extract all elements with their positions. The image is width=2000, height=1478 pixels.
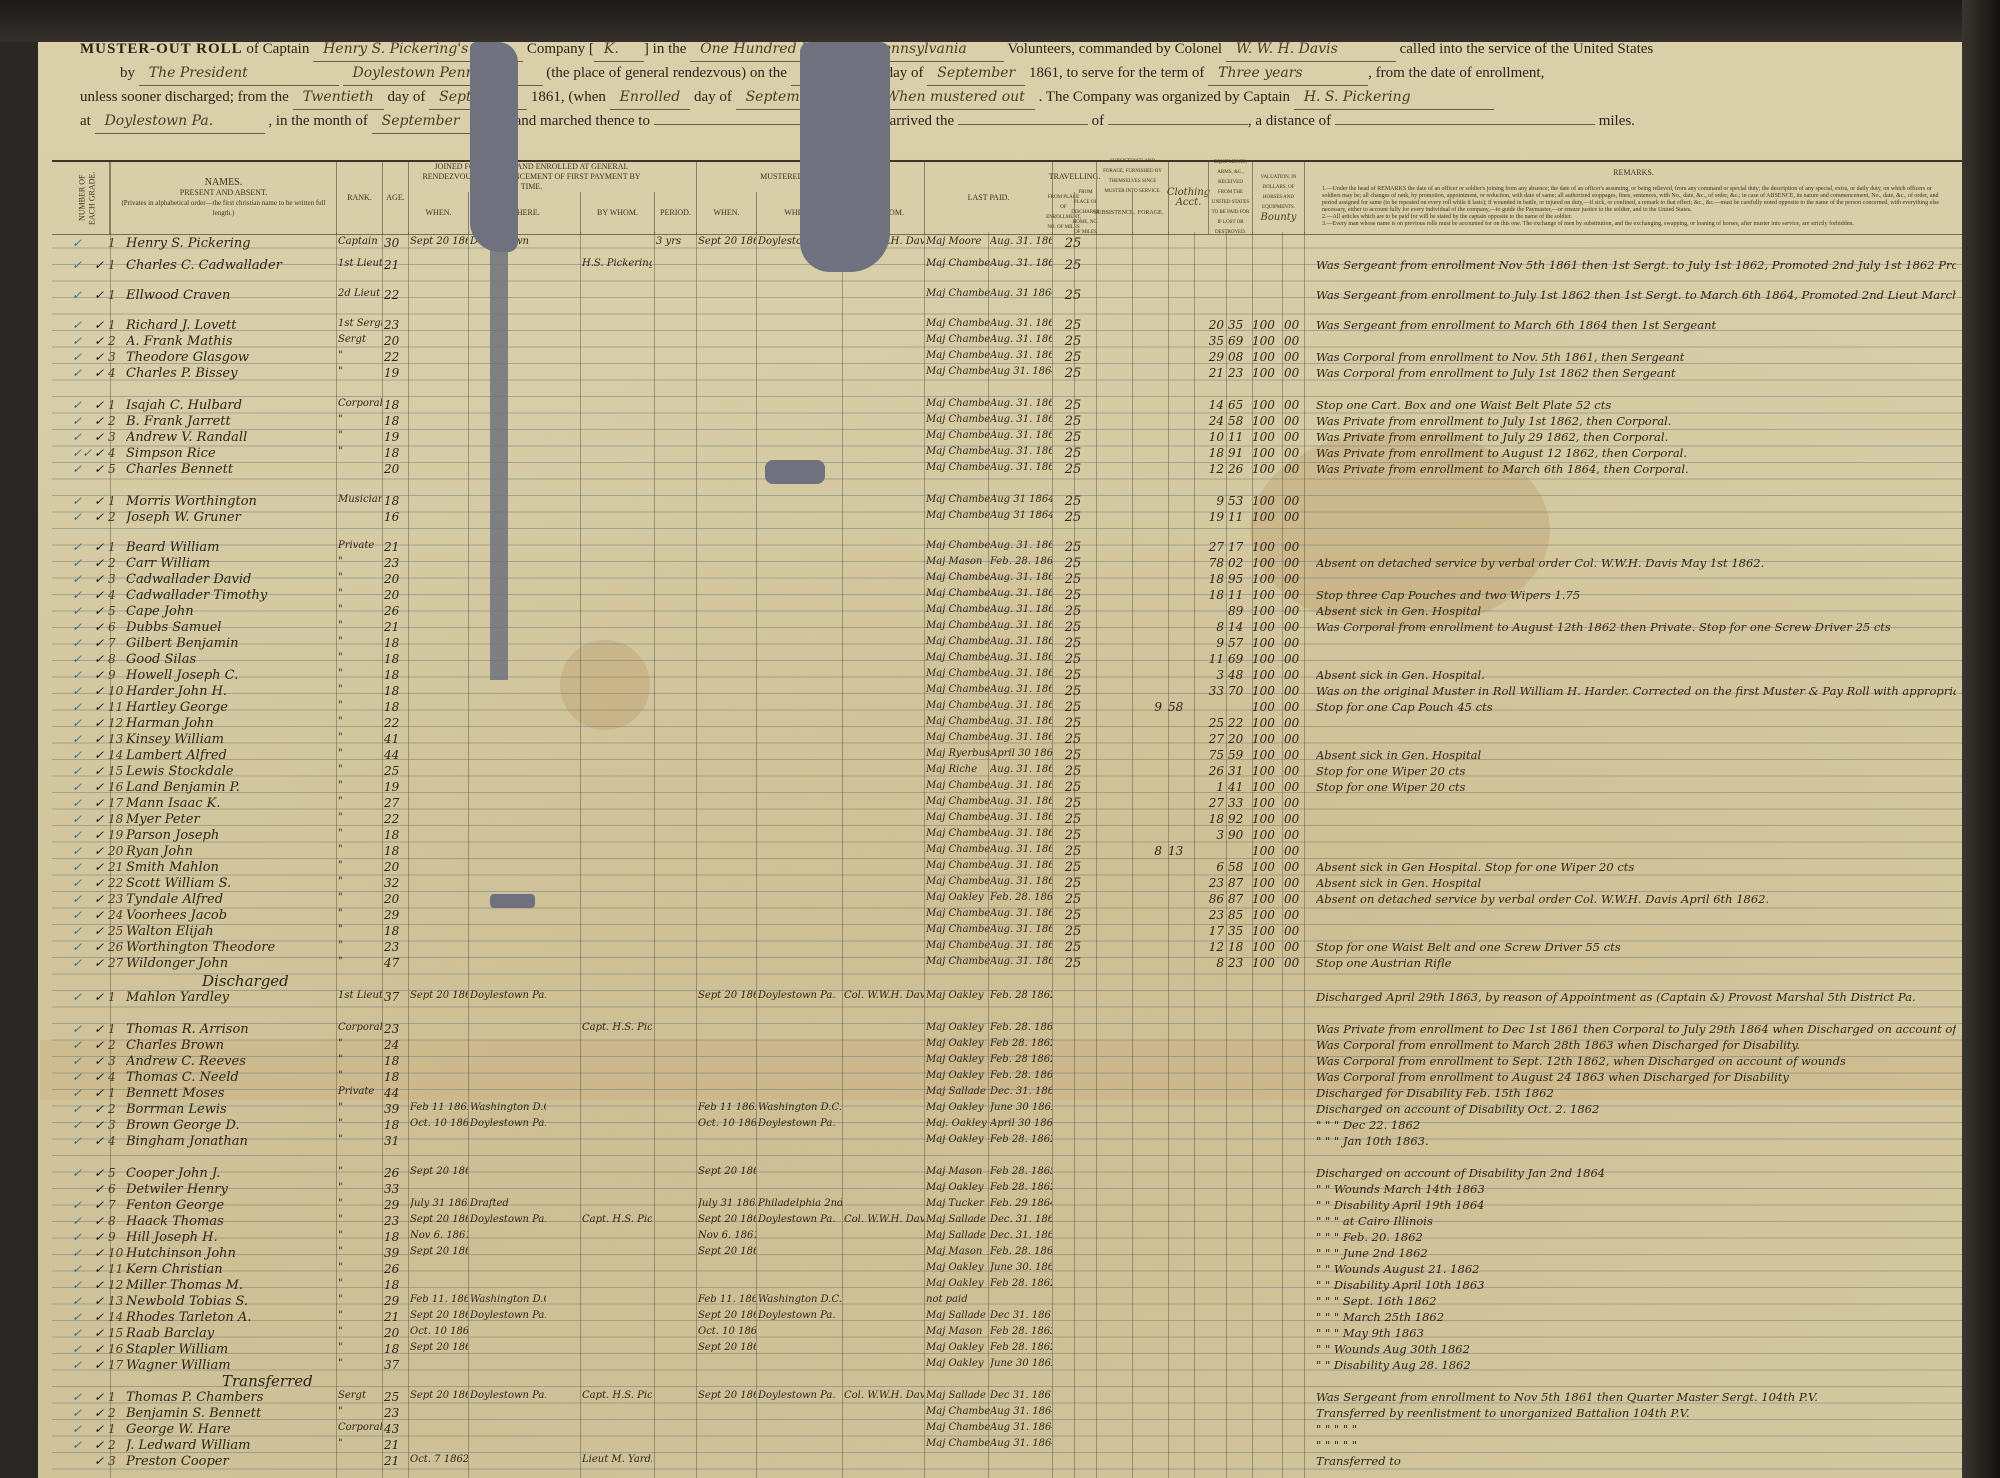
grade-number: 3 xyxy=(108,1054,124,1068)
grade-number: 9 xyxy=(108,668,124,682)
second-check-mark: ✓ xyxy=(94,924,108,938)
mustered-when: Sept 20 1861 xyxy=(698,1246,756,1257)
last-paid-by: Maj Oakley xyxy=(926,1342,990,1353)
last-paid-by: Maj Chamberlain xyxy=(926,258,990,269)
rank: " xyxy=(338,924,382,935)
second-check-mark: ✓ xyxy=(94,1310,108,1324)
age: 18 xyxy=(384,1230,406,1244)
names-subheading: Present and absent. xyxy=(180,188,268,198)
clothing-cents: 41 xyxy=(1228,780,1248,794)
clothing-dollars: 6 xyxy=(1200,860,1224,874)
joined-when: Sept 20 1861 xyxy=(410,990,468,1001)
term-field: Three years xyxy=(1208,62,1368,86)
remarks: " " Wounds Aug 30th 1862 xyxy=(1316,1342,1956,1356)
second-check-mark: ✓ xyxy=(94,1278,108,1292)
age: 31 xyxy=(384,1134,406,1148)
verified-check-mark: ✓ xyxy=(72,796,94,810)
last-paid-date: Aug 31 1864 xyxy=(990,510,1052,521)
mustered-where: Doylestown Pa. xyxy=(758,990,842,1001)
second-check-mark: ✓ xyxy=(94,1406,108,1420)
remarks: Stop for one Cap Pouch 45 cts xyxy=(1316,700,1956,714)
last-paid-by: Maj Chamberlain xyxy=(926,604,990,615)
rank: " xyxy=(338,620,382,631)
clothing-cents: 18 xyxy=(1228,940,1248,954)
table-row: ✓✓2Benjamin S. Bennett"23Maj Chamberlain… xyxy=(52,1406,1962,1422)
bounty-dollars: 100 xyxy=(1252,764,1282,778)
grade-number: 23 xyxy=(108,892,124,906)
travel-miles: 25 xyxy=(1056,572,1090,587)
verified-check-mark: ✓ xyxy=(72,908,94,922)
age: 22 xyxy=(384,350,406,364)
age: 20 xyxy=(384,1326,406,1340)
table-row: ✓✓2Carr William"23Maj MasonFeb. 28. 1863… xyxy=(52,556,1962,572)
clothing-dollars: 10 xyxy=(1200,430,1224,444)
mustered-out-field: When mustered out xyxy=(875,86,1035,110)
rank: Private xyxy=(338,540,382,551)
last-paid-by: Maj Oakley xyxy=(926,1102,990,1113)
bounty-dollars: 100 xyxy=(1252,796,1282,810)
last-paid-date: Aug. 31. 1864 xyxy=(990,940,1052,951)
clothing-dollars: 27 xyxy=(1200,540,1224,554)
clothing-dollars: 9 xyxy=(1200,636,1224,650)
verified-check-mark: ✓ xyxy=(72,1134,94,1148)
subsistence-cents: 13 xyxy=(1168,844,1188,858)
bounty-cents: 00 xyxy=(1284,588,1300,602)
soldier-name: A. Frank Mathis xyxy=(126,334,336,349)
rank: " xyxy=(338,1230,382,1241)
last-paid-date: Feb 28. 1862 xyxy=(990,1182,1052,1193)
age: 25 xyxy=(384,764,406,778)
clothing-dollars: 86 xyxy=(1200,892,1224,906)
bounty-cents: 00 xyxy=(1284,764,1300,778)
bounty-dollars: 100 xyxy=(1252,350,1282,364)
travel-miles: 25 xyxy=(1056,366,1090,381)
remarks: Was Private from enrollment to August 12… xyxy=(1316,446,1956,460)
grade-number: 1 xyxy=(108,398,124,412)
last-paid-by: Maj Oakley xyxy=(926,1070,990,1081)
table-row: ✓✓2Charles Brown"24Maj OakleyFeb 28. 186… xyxy=(52,1038,1962,1054)
age: 41 xyxy=(384,732,406,746)
remarks: Absent sick in Gen. Hospital xyxy=(1316,876,1956,890)
last-paid-by: Maj Chamberlain xyxy=(926,956,990,967)
travel-miles: 25 xyxy=(1056,430,1090,445)
mustered-when: Sept 20 1861 xyxy=(698,236,756,247)
age: 21 xyxy=(384,1310,406,1324)
soldier-name: Lewis Stockdale xyxy=(126,764,336,779)
instruction-2: 2.—All articles which are to be paid for… xyxy=(1322,214,1942,221)
table-row: ✓✓10Hutchinson John"39Sept 20 1861Sept 2… xyxy=(52,1246,1962,1262)
soldier-name: Rhodes Tarleton A. xyxy=(126,1310,336,1325)
last-paid-date: Feb. 28 1862 xyxy=(990,990,1052,1001)
age: 37 xyxy=(384,990,406,1004)
soldier-name: Hutchinson John xyxy=(126,1246,336,1261)
second-check-mark: ✓ xyxy=(94,1262,108,1276)
clothing-cents: 33 xyxy=(1228,796,1248,810)
soldier-name: Borrman Lewis xyxy=(126,1102,336,1117)
rank: " xyxy=(338,844,382,855)
grade-number: 1 xyxy=(108,288,124,302)
last-paid-by: Maj Sallade xyxy=(926,1086,990,1097)
soldier-name: Cape John xyxy=(126,604,336,619)
last-paid-date: Aug. 31. 1864 xyxy=(990,446,1052,457)
second-check-mark: ✓ xyxy=(94,700,108,714)
clothing-dollars: 17 xyxy=(1200,924,1224,938)
verified-check-mark: ✓ xyxy=(72,620,94,634)
table-row: ✓✓20Ryan John"18Maj ChamberlainAug. 31. … xyxy=(52,844,1962,860)
second-check-mark: ✓ xyxy=(94,620,108,634)
age: 26 xyxy=(384,604,406,618)
frame-top-edge xyxy=(0,0,2000,42)
joined-by-whom: Capt. H.S. Pickering xyxy=(582,1214,652,1225)
remarks: Was Sergeant from enrollment to July 1st… xyxy=(1316,288,1956,302)
remarks: Stop three Cap Pouches and two Wipers 1.… xyxy=(1316,588,1956,602)
grade-number: 16 xyxy=(108,780,124,794)
last-paid-by: Maj Riche xyxy=(926,764,990,775)
soldier-name: Joseph W. Gruner xyxy=(126,510,336,525)
rank: " xyxy=(338,1198,382,1209)
bounty-label: Bounty xyxy=(1261,213,1297,223)
table-row: ✓✓2Joseph W. Gruner16Maj ChamberlainAug … xyxy=(52,510,1962,526)
rank: " xyxy=(338,668,382,679)
second-check-mark: ✓ xyxy=(94,780,108,794)
soldier-name: Newbold Tobias S. xyxy=(126,1294,336,1309)
verified-check-mark: ✓ xyxy=(72,1406,94,1420)
verified-check-mark: ✓ xyxy=(72,556,94,570)
verified-check-mark: ✓ xyxy=(72,540,94,554)
grade-number: 2 xyxy=(108,414,124,428)
age: 21 xyxy=(384,1438,406,1452)
table-row: ✓✓15Lewis Stockdale"25Maj RicheAug. 31. … xyxy=(52,764,1962,780)
travel-miles: 25 xyxy=(1056,812,1090,827)
table-row: ✓✓1Thomas P. ChambersSergt25Sept 20 1861… xyxy=(52,1390,1962,1406)
table-row: ✓✓11Kern Christian"26Maj OakleyJune 30. … xyxy=(52,1262,1962,1278)
age: 20 xyxy=(384,334,406,348)
names-heading: Names. xyxy=(205,178,243,188)
verified-check-mark: ✓ xyxy=(72,1166,94,1180)
last-paid-date: Aug. 31. 1864 xyxy=(990,732,1052,743)
soldier-name: Charles P. Bissey xyxy=(126,366,336,381)
last-paid-date: Aug 31. 1864 xyxy=(990,366,1052,377)
travel-miles: 25 xyxy=(1056,748,1090,763)
last-paid-date: Aug. 31. 1864 xyxy=(990,668,1052,679)
clothing-dollars: 11 xyxy=(1200,652,1224,666)
organizer-field: H. S. Pickering xyxy=(1294,86,1494,110)
second-check-mark: ✓ xyxy=(94,1438,108,1452)
second-check-mark: ✓ xyxy=(94,1022,108,1036)
travel-miles: 25 xyxy=(1056,828,1090,843)
clothing-cents: 87 xyxy=(1228,876,1248,890)
last-paid-date: Feb 28. 1862 xyxy=(990,1278,1052,1289)
joined-where: Drafted xyxy=(470,1198,546,1209)
rank: " xyxy=(338,780,382,791)
last-paid-by: Maj Mason xyxy=(926,556,990,567)
verified-check-mark: ✓ xyxy=(72,1214,94,1228)
grade-number: 2 xyxy=(108,1406,124,1420)
table-row: ✓✓4Cadwallader Timothy"20Maj Chamberlain… xyxy=(52,588,1962,604)
rank: " xyxy=(338,1358,382,1369)
grade-number: 10 xyxy=(108,684,124,698)
last-paid-by: Maj Sallade xyxy=(926,1390,990,1401)
grade-number: 1 xyxy=(108,1022,124,1036)
rank: " xyxy=(338,636,382,647)
soldier-name: Fenton George xyxy=(126,1198,336,1213)
grade-number: 1 xyxy=(108,258,124,272)
last-paid-date: Aug. 31. 1863 xyxy=(990,764,1052,775)
soldier-name: Voorhees Jacob xyxy=(126,908,336,923)
col-period-header: Period. xyxy=(654,192,696,234)
rank: " xyxy=(338,1070,382,1081)
age: 18 xyxy=(384,684,406,698)
last-paid-date: Aug. 31. 1864 xyxy=(990,398,1052,409)
grade-number: 19 xyxy=(108,828,124,842)
bounty-dollars: 100 xyxy=(1252,828,1282,842)
remarks: Absent on detached service by verbal ord… xyxy=(1316,892,1956,906)
grade-number: 25 xyxy=(108,924,124,938)
table-row: ✓✓2Borrman Lewis"39Feb 11 1862Washington… xyxy=(52,1102,1962,1118)
second-check-mark: ✓ xyxy=(94,462,108,476)
grade-number: 7 xyxy=(108,1198,124,1212)
grade-number: 2 xyxy=(108,1038,124,1052)
last-paid-date: Aug. 31. 1864 xyxy=(990,258,1052,269)
last-paid-by: Maj Sallade xyxy=(926,1214,990,1225)
last-paid-date: Feb. 28. 1863 xyxy=(990,556,1052,567)
rank: " xyxy=(338,1182,382,1193)
clothing-cents: 90 xyxy=(1228,828,1248,842)
age: 43 xyxy=(384,1422,406,1436)
soldier-name: Brown George D. xyxy=(126,1118,336,1133)
last-paid-date: June 30. 1862 xyxy=(990,1262,1052,1273)
travel-miles: 25 xyxy=(1056,510,1090,525)
clothing-cents: 53 xyxy=(1228,494,1248,508)
remarks-instructions: 1.—Under the head of REMARKS the date of… xyxy=(1322,186,1942,228)
clothing-cents: 23 xyxy=(1228,956,1248,970)
col-names-header: Names. Present and absent. (Privates in … xyxy=(110,162,336,234)
last-paid-date: Aug 31. 1864 xyxy=(990,1438,1052,1449)
grade-number: 15 xyxy=(108,764,124,778)
age: 22 xyxy=(384,716,406,730)
last-paid-date: Aug 31 1864 xyxy=(990,494,1052,505)
soldier-name: Preston Cooper xyxy=(126,1454,336,1469)
grade-number: 1 xyxy=(108,1086,124,1100)
age: 21 xyxy=(384,540,406,554)
table-row: ✓✓7Gilbert Benjamin"18Maj ChamberlainAug… xyxy=(52,636,1962,652)
bounty-cents: 00 xyxy=(1284,636,1300,650)
table-row: ✓✓6Dubbs Samuel"21Maj ChamberlainAug. 31… xyxy=(52,620,1962,636)
age: 29 xyxy=(384,1198,406,1212)
bounty-cents: 00 xyxy=(1284,940,1300,954)
arrived-day-field xyxy=(958,124,1088,125)
last-paid-date: Aug. 31. 1864 xyxy=(990,350,1052,361)
last-paid-date: April 30 1862 xyxy=(990,1118,1052,1129)
last-paid-by: Maj Chamberlain xyxy=(926,318,990,329)
clothing-dollars: 23 xyxy=(1200,876,1224,890)
col-last-paid-header: Last paid. xyxy=(924,162,1052,234)
last-paid-by: Maj Chamberlain xyxy=(926,796,990,807)
joined-where: Doylestown Pa. xyxy=(470,1390,546,1401)
clothing-cents: 70 xyxy=(1228,684,1248,698)
grade-number: 4 xyxy=(108,1134,124,1148)
last-paid-by: not paid xyxy=(926,1294,990,1305)
soldier-name: Hill Joseph H. xyxy=(126,1230,336,1245)
mustered-where: Doylestown Pa. xyxy=(758,1310,842,1321)
mustered-by-whom: Col. W.W.H. Davis xyxy=(844,990,924,1001)
travel-miles: 25 xyxy=(1056,700,1090,715)
verified-check-mark: ✓ xyxy=(72,1102,94,1116)
rank: " xyxy=(338,956,382,967)
joined-where: Washington D.C. xyxy=(470,1294,546,1305)
second-check-mark: ✓ xyxy=(94,318,108,332)
mustered-where: Philadelphia 2nd D. Pa. xyxy=(758,1198,842,1209)
second-check-mark: ✓ xyxy=(94,1134,108,1148)
verified-check-mark: ✓ xyxy=(72,588,94,602)
last-paid-by: Maj Ryerbush xyxy=(926,748,990,759)
col-joined-by-header: By whom. xyxy=(580,192,654,234)
mustered-when: Sept 20 1861 xyxy=(698,1310,756,1321)
bounty-cents: 00 xyxy=(1284,366,1300,380)
discharged-section-label: Discharged xyxy=(202,972,289,990)
age: 18 xyxy=(384,1070,406,1084)
bounty-cents: 00 xyxy=(1284,572,1300,586)
label: called into the service of the United St… xyxy=(1400,41,1654,57)
rank: " xyxy=(338,764,382,775)
clothing-dollars: 18 xyxy=(1200,572,1224,586)
clothing-cents: 11 xyxy=(1228,588,1248,602)
organized-month-field: September xyxy=(372,110,470,134)
soldier-name: Richard J. Lovett xyxy=(126,318,336,333)
rank: Corporal xyxy=(338,398,382,409)
last-paid-date: Aug. 31. 1864 xyxy=(990,812,1052,823)
soldier-name: Wagner William xyxy=(126,1358,336,1373)
soldier-name: Howell Joseph C. xyxy=(126,668,336,683)
remarks: " " " March 25th 1862 xyxy=(1316,1310,1956,1324)
table-row: ✓✓5Cape John"26Maj ChamberlainAug. 31. 1… xyxy=(52,604,1962,620)
joined-where: Washington D.C. xyxy=(470,1102,546,1113)
label: Volunteers, commanded by Colonel xyxy=(1007,41,1222,57)
age: 20 xyxy=(384,860,406,874)
col-valuation-header: Valuation, in dollars, of horses and equ… xyxy=(1252,162,1304,234)
soldier-name: Mann Isaac K. xyxy=(126,796,336,811)
soldier-name: Theodore Glasgow xyxy=(126,350,336,365)
clothing-cents: 69 xyxy=(1228,652,1248,666)
verified-check-mark: ✓ xyxy=(72,1342,94,1356)
last-paid-date: Aug. 31. 1864 xyxy=(990,318,1052,329)
travel-miles: 25 xyxy=(1056,334,1090,349)
rank: " xyxy=(338,1246,382,1257)
bounty-cents: 00 xyxy=(1284,494,1300,508)
last-paid-date: Dec. 31. 1861 xyxy=(990,1086,1052,1097)
joined-when: Sept 20 1861 xyxy=(410,1214,468,1225)
verified-check-mark: ✓ xyxy=(72,258,94,272)
rank: " xyxy=(338,684,382,695)
rank: " xyxy=(338,1054,382,1065)
age: 23 xyxy=(384,1214,406,1228)
table-row: ✓✓1George W. HareCorporal43Maj Chamberla… xyxy=(52,1422,1962,1438)
rank: Musician xyxy=(338,494,382,505)
last-paid-by: Maj Chamberlain xyxy=(926,1406,990,1417)
age: 26 xyxy=(384,1166,406,1180)
last-paid-by: Maj Chamberlain xyxy=(926,812,990,823)
table-row: ✓✓1Mahlon Yardley1st Lieut37Sept 20 1861… xyxy=(52,990,1962,1006)
clothing-cents: 58 xyxy=(1228,414,1248,428)
last-paid-by: Maj Chamberlain xyxy=(926,398,990,409)
clothing-cents: 59 xyxy=(1228,748,1248,762)
verified-check-mark: ✓ xyxy=(72,236,94,250)
last-paid-by: Maj Mason xyxy=(926,1166,990,1177)
table-row: ✓✓5Charles Bennett20Maj ChamberlainAug. … xyxy=(52,462,1962,478)
verified-check-mark: ✓ xyxy=(72,1326,94,1340)
grade-number: 11 xyxy=(108,1262,124,1276)
when-field: Enrolled xyxy=(610,86,691,110)
clothing-dollars: 35 xyxy=(1200,334,1224,348)
soldier-name: Wildonger John xyxy=(126,956,336,971)
label: , to serve for the term of xyxy=(1059,65,1204,81)
soldier-name: Kinsey William xyxy=(126,732,336,747)
verified-check-mark: ✓ xyxy=(72,1022,94,1036)
last-paid-date: Aug 31. 1864 xyxy=(990,1422,1052,1433)
bounty-dollars: 100 xyxy=(1252,876,1282,890)
label: , and marched thence to xyxy=(507,113,650,129)
last-paid-by: Maj Chamberlain xyxy=(926,700,990,711)
bounty-dollars: 100 xyxy=(1252,446,1282,460)
grade-number: 5 xyxy=(108,462,124,476)
table-row: ✓✓14Rhodes Tarleton A."21Sept 20 1861Doy… xyxy=(52,1310,1962,1326)
second-check-mark: ✓ xyxy=(94,860,108,874)
age: 26 xyxy=(384,1262,406,1276)
table-row: ✓✓3Andrew V. Randall"19Maj ChamberlainAu… xyxy=(52,430,1962,446)
table-row: ✓✓13Newbold Tobias S."29Feb 11. 1862Wash… xyxy=(52,1294,1962,1310)
bounty-dollars: 100 xyxy=(1252,510,1282,524)
bounty-cents: 00 xyxy=(1284,796,1300,810)
last-paid-date: Aug. 31. 1864 xyxy=(990,414,1052,425)
verified-check-mark: ✓ xyxy=(72,892,94,906)
last-paid-date: Aug. 31. 1864 xyxy=(990,684,1052,695)
soldier-name: George W. Hare xyxy=(126,1422,336,1437)
rank: 1st Lieut xyxy=(338,258,382,269)
soldier-name: Dubbs Samuel xyxy=(126,620,336,635)
travel-miles: 25 xyxy=(1056,684,1090,699)
soldier-name: Cadwallader Timothy xyxy=(126,588,336,603)
table-row: ✓✓1Charles C. Cadwallader1st Lieut21H.S.… xyxy=(52,258,1962,274)
grade-number: 11 xyxy=(108,700,124,714)
grade-number: 1 xyxy=(108,494,124,508)
table-row: ✓✓21Smith Mahlon"20Maj ChamberlainAug. 3… xyxy=(52,860,1962,876)
remarks: Was Corporal from enrollment to Nov. 5th… xyxy=(1316,350,1956,364)
joined-by-whom: Capt. H.S. Pickering xyxy=(582,1022,652,1033)
remarks: " " " Jan 10th 1863. xyxy=(1316,1134,1956,1148)
bounty-dollars: 100 xyxy=(1252,956,1282,970)
bounty-dollars: 100 xyxy=(1252,572,1282,586)
soldier-name: Isajah C. Hulbard xyxy=(126,398,336,413)
grade-number: 13 xyxy=(108,1294,124,1308)
verified-check-mark: ✓ xyxy=(72,716,94,730)
bounty-cents: 00 xyxy=(1284,620,1300,634)
grade-number: 16 xyxy=(108,1342,124,1356)
label: in the xyxy=(653,41,687,57)
travel-miles: 25 xyxy=(1056,652,1090,667)
verified-check-mark: ✓ xyxy=(72,844,94,858)
age: 19 xyxy=(384,780,406,794)
soldier-name: Beard William xyxy=(126,540,336,555)
rank: " xyxy=(338,716,382,727)
last-paid-by: Maj Oakley xyxy=(926,1134,990,1145)
last-paid-by: Maj Chamberlain xyxy=(926,446,990,457)
second-check-mark: ✓ xyxy=(94,1294,108,1308)
bounty-cents: 00 xyxy=(1284,684,1300,698)
last-paid-by: Maj Oakley xyxy=(926,1262,990,1273)
soldier-name: Cooper John J. xyxy=(126,1166,336,1181)
rank: " xyxy=(338,860,382,871)
table-row: ✓✓27Wildonger John"47Maj ChamberlainAug.… xyxy=(52,956,1962,972)
